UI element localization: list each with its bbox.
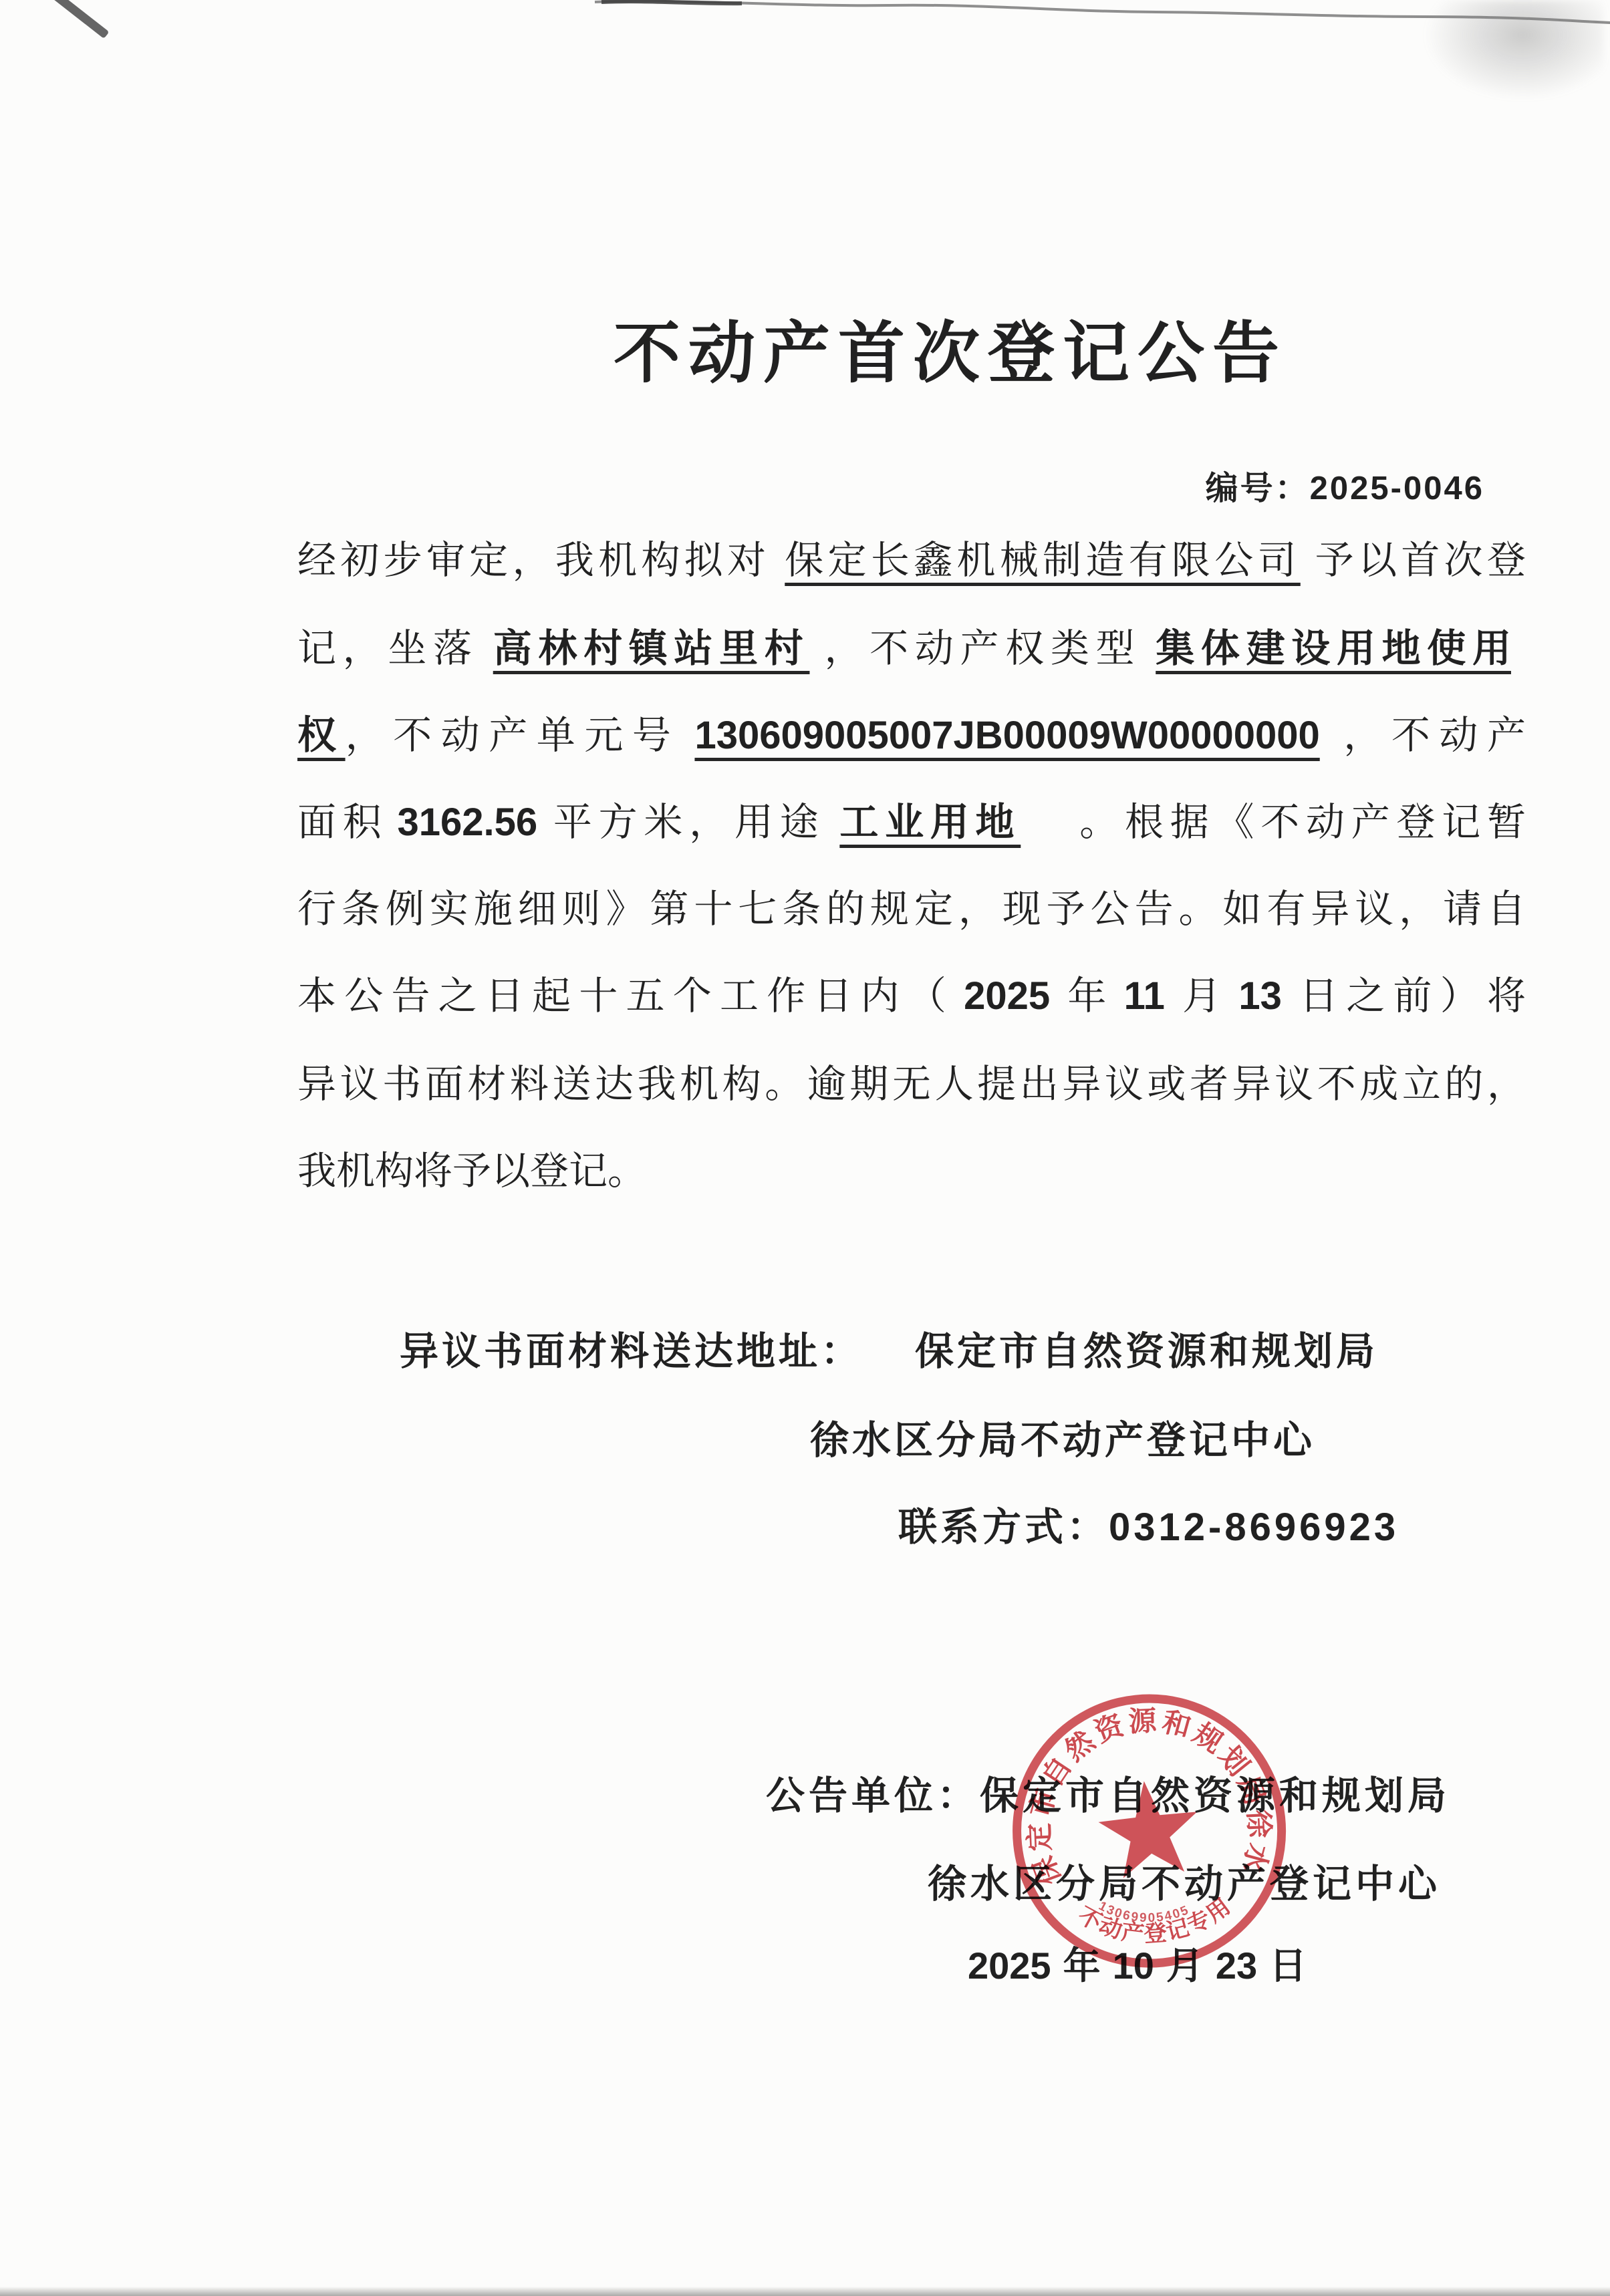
- issuer-label: 公告单位：: [766, 1774, 980, 1818]
- contact-line: 联系方式：0312-8696923: [898, 1495, 1399, 1552]
- body-line-7: 异议书面材料送达我机构。逾期无人提出异议或者异议不成立的，: [297, 1058, 1526, 1111]
- seal-ring-text: 保定市自然资源和规划局徐水分局: [987, 1675, 1281, 1908]
- document-number-value: 2025-0046: [1310, 470, 1484, 507]
- address-label: 异议书面材料送达地址：: [400, 1330, 863, 1373]
- document-number-label: 编号：: [1206, 470, 1310, 507]
- contact-label: 联系方式：: [898, 1505, 1109, 1549]
- body-text: 我机构将予以登记。: [297, 1149, 646, 1193]
- body-line-4: 面积3162.56平方米，用途工业用地。根据《不动产登记暂: [297, 797, 1526, 849]
- body-line-8: 我机构将予以登记。: [297, 1145, 1526, 1197]
- body-text: 日之前）将: [1291, 974, 1526, 1018]
- address-bureau: 保定市自然资源和规划局: [915, 1330, 1378, 1373]
- body-text: 异议书面材料送达我机构。逾期无人提出异议或者异议不成立的，: [297, 1062, 1526, 1106]
- scan-bottom-edge: [0, 2287, 1610, 2296]
- field-area: 3162.56: [397, 801, 537, 844]
- contact-phone: 0312-8696923: [1109, 1505, 1399, 1549]
- document-number: 编号：2025-0046: [1206, 462, 1484, 509]
- deadline-day: 13: [1238, 974, 1282, 1018]
- body-text: 本公告之日起十五个工作日内（: [297, 974, 954, 1018]
- body-line-6: 本公告之日起十五个工作日内（2025年11月13日之前）将: [297, 970, 1526, 1022]
- field-land-use: 工业用地: [825, 801, 1061, 844]
- address-center: 徐水区分局不动产登记中心: [810, 1419, 1315, 1462]
- body-text: 行条例实施细则》第十七条的规定，现予公告。如有异议，请自: [297, 887, 1526, 931]
- address-line-2: 徐水区分局不动产登记中心: [810, 1409, 1315, 1465]
- field-right-type: 集体建设用地使用: [1141, 627, 1526, 670]
- official-seal: 保定市自然资源和规划局徐水分局 13069905405 不动产登记专用章: [987, 1675, 1313, 1993]
- address-line-1: 异议书面材料送达地址：保定市自然资源和规划局: [400, 1320, 1378, 1376]
- body-text: 经初步审定，我机构拟对: [297, 539, 770, 582]
- body-text: 年: [1059, 974, 1114, 1018]
- scanned-document-page: 不动产首次登记公告 编号：2025-0046 经初步审定，我机构拟对保定长鑫机械…: [0, 0, 1610, 2296]
- body-text: ，不动产: [1335, 714, 1526, 757]
- svg-text:保定市自然资源和规划局徐水分局: 保定市自然资源和规划局徐水分局: [987, 1675, 1281, 1908]
- field-right-type-cont: 权: [297, 714, 346, 757]
- body-text: ，不动产单元号: [346, 714, 680, 757]
- deadline-year: 2025: [964, 974, 1050, 1018]
- body-line-1: 经初步审定，我机构拟对保定长鑫机械制造有限公司予以首次登: [297, 535, 1526, 587]
- body-line-3: 权，不动产单元号130609005007JB00009W00000000，不动产: [297, 710, 1526, 762]
- body-line-5: 行条例实施细则》第十七条的规定，现予公告。如有异议，请自: [297, 883, 1526, 936]
- field-location: 高林村镇站里村: [479, 627, 825, 670]
- body-text: 平方米，用途: [547, 801, 825, 844]
- body-line-2: 记，坐落高林村镇站里村，不动产权类型集体建设用地使用: [297, 623, 1526, 675]
- seal-star: [1095, 1776, 1203, 1880]
- field-unit-number: 130609005007JB00009W00000000: [680, 714, 1334, 757]
- scan-corner-mark: [42, 0, 110, 39]
- body-text: 月: [1174, 974, 1229, 1018]
- field-owner-name: 保定长鑫机械制造有限公司: [770, 539, 1315, 582]
- deadline-month: 11: [1124, 974, 1165, 1018]
- scan-smudge: [1424, 0, 1604, 100]
- body-text: ，不动产权类型: [824, 627, 1141, 670]
- document-title: 不动产首次登记公告: [614, 299, 1287, 396]
- body-text: 。根据《不动产登记暂: [1079, 801, 1526, 844]
- body-text: 面积: [297, 801, 388, 844]
- body-text: 予以首次登: [1315, 539, 1526, 582]
- body-text: 记，坐落: [297, 627, 479, 670]
